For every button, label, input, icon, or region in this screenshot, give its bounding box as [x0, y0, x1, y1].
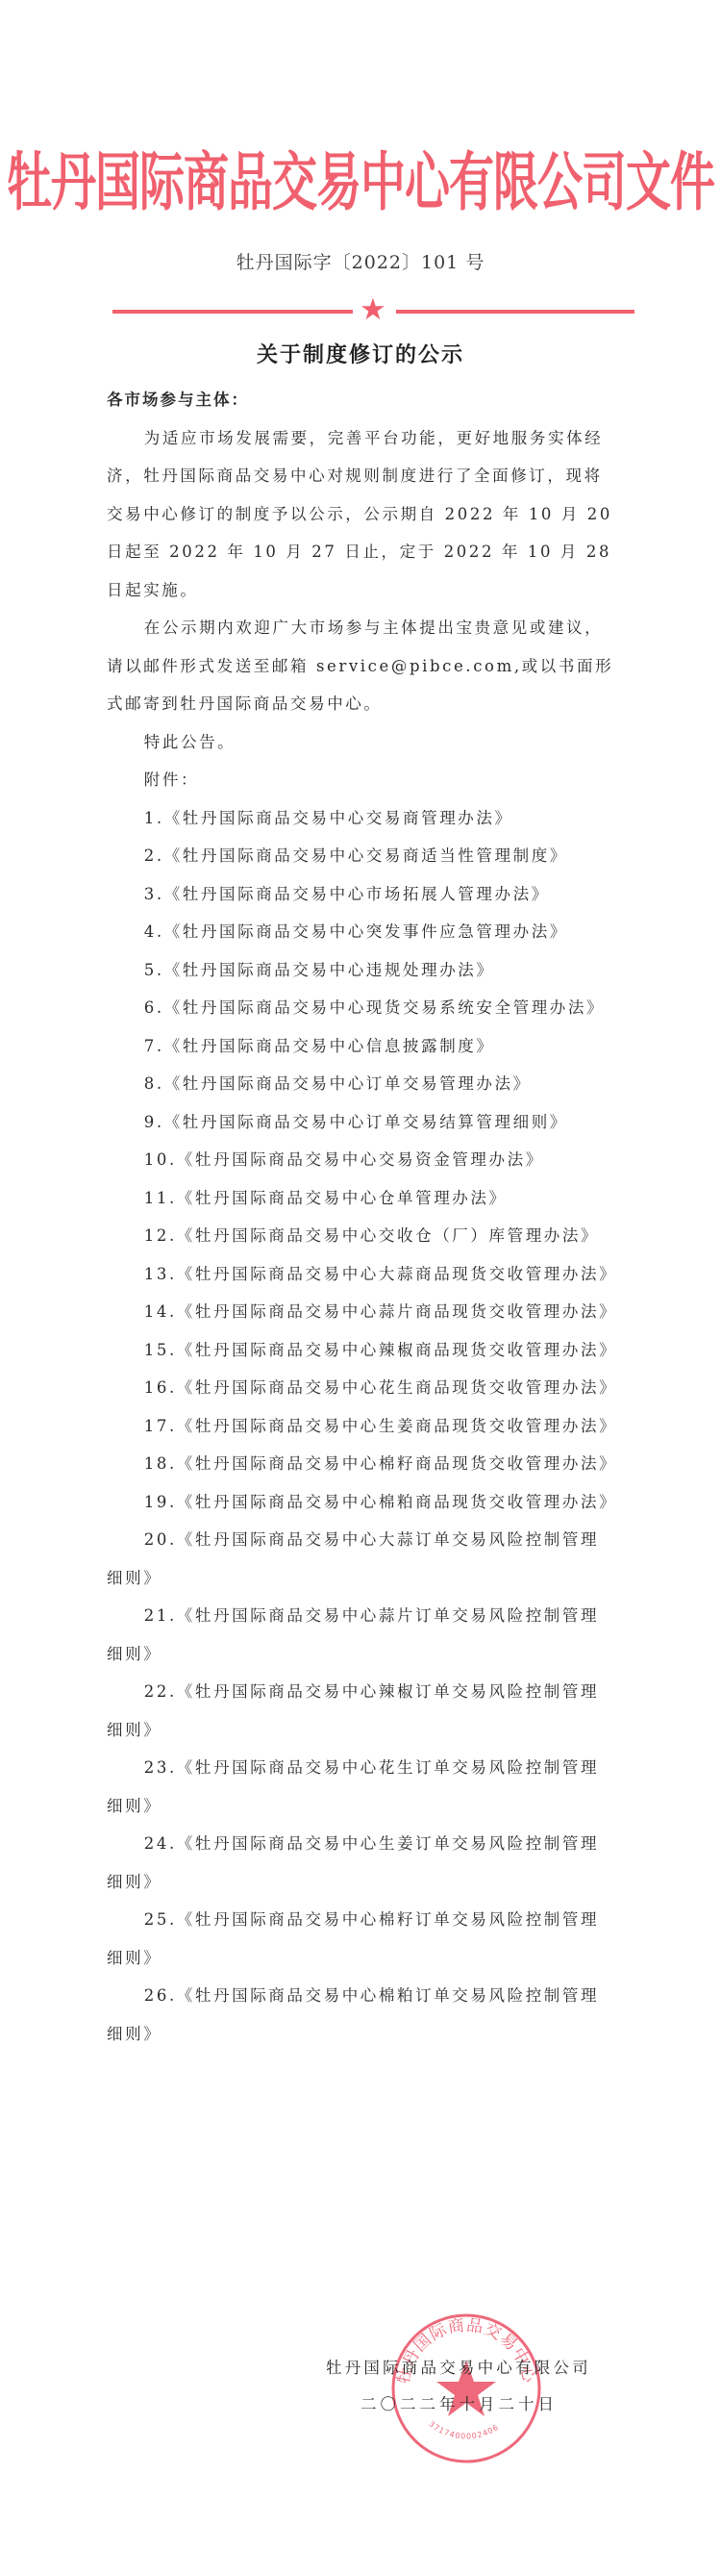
divider-line-left [112, 310, 353, 314]
attachment-item: 24.《牡丹国际商品交易中心生姜订单交易风险控制管理细则》 [107, 1825, 616, 1901]
attachment-item: 23.《牡丹国际商品交易中心花生订单交易风险控制管理细则》 [107, 1749, 616, 1825]
attachment-item: 17.《牡丹国际商品交易中心生姜商品现货交收管理办法》 [107, 1407, 616, 1446]
attachments-label: 附件： [107, 761, 616, 799]
paragraph-2-text: 在公示期内欢迎广大市场参与主体提出宝贵意见或建议，请以邮件形式发送至邮箱 ser… [107, 619, 613, 713]
seal-serial: 3717400002406 [427, 2419, 500, 2440]
paragraph-2: 在公示期内欢迎广大市场参与主体提出宝贵意见或建议，请以邮件形式发送至邮箱 ser… [107, 609, 616, 723]
official-seal-icon: 牡丹国际商品交易中心有限公司 3717400002406 [388, 2311, 544, 2466]
attachment-item: 14.《牡丹国际商品交易中心蒜片商品现货交收管理办法》 [107, 1293, 616, 1331]
attachment-item: 26.《牡丹国际商品交易中心棉粕订单交易风险控制管理细则》 [107, 1977, 616, 2053]
notice-body: 各市场参与主体： 为适应市场发展需要，完善平台功能，更好地服务实体经济，牡丹国际… [107, 381, 616, 2053]
attachment-item: 13.《牡丹国际商品交易中心大蒜商品现货交收管理办法》 [107, 1255, 616, 1294]
attachment-item: 7.《牡丹国际商品交易中心信息披露制度》 [107, 1027, 616, 1066]
attachment-item: 19.《牡丹国际商品交易中心棉粕商品现货交收管理办法》 [107, 1483, 616, 1522]
attachment-item: 5.《牡丹国际商品交易中心违规处理办法》 [107, 951, 616, 990]
paragraph-1: 为适应市场发展需要，完善平台功能，更好地服务实体经济，牡丹国际商品交易中心对规则… [107, 419, 616, 610]
attachments-list: 1.《牡丹国际商品交易中心交易商管理办法》 2.《牡丹国际商品交易中心交易商适当… [107, 799, 616, 2054]
attachment-item: 16.《牡丹国际商品交易中心花生商品现货交收管理办法》 [107, 1369, 616, 1407]
salutation: 各市场参与主体： [107, 381, 616, 419]
attachment-item: 25.《牡丹国际商品交易中心棉籽订单交易风险控制管理细则》 [107, 1901, 616, 1977]
signing-date: 二〇二二年十月二十日 [360, 2391, 558, 2414]
signing-organization: 牡丹国际商品交易中心有限公司 [326, 2355, 591, 2378]
attachment-item: 10.《牡丹国际商品交易中心交易资金管理办法》 [107, 1141, 616, 1179]
attachment-item: 12.《牡丹国际商品交易中心交收仓（厂）库管理办法》 [107, 1217, 616, 1255]
attachment-item: 8.《牡丹国际商品交易中心订单交易管理办法》 [107, 1065, 616, 1103]
attachment-item: 6.《牡丹国际商品交易中心现货交易系统安全管理办法》 [107, 989, 616, 1027]
star-icon: ★ [360, 295, 386, 325]
document-number: 牡丹国际字〔2022〕101 号 [0, 248, 721, 274]
attachment-item: 18.《牡丹国际商品交易中心棉籽商品现货交收管理办法》 [107, 1445, 616, 1483]
attachment-item: 1.《牡丹国际商品交易中心交易商管理办法》 [107, 799, 616, 838]
attachment-item: 15.《牡丹国际商品交易中心辣椒商品现货交收管理办法》 [107, 1331, 616, 1370]
attachment-item: 20.《牡丹国际商品交易中心大蒜订单交易风险控制管理细则》 [107, 1521, 616, 1597]
notice-title: 关于制度修订的公示 [0, 339, 721, 368]
attachment-item: 3.《牡丹国际商品交易中心市场拓展人管理办法》 [107, 875, 616, 914]
attachment-item: 21.《牡丹国际商品交易中心蒜片订单交易风险控制管理细则》 [107, 1597, 616, 1673]
red-header-title: 牡丹国际商品交易中心有限公司文件 [0, 133, 721, 223]
document-page: 牡丹国际商品交易中心有限公司文件 牡丹国际字〔2022〕101 号 ★ 关于制度… [0, 0, 721, 2576]
attachment-item: 2.《牡丹国际商品交易中心交易商适当性管理制度》 [107, 837, 616, 875]
attachment-item: 22.《牡丹国际商品交易中心辣椒订单交易风险控制管理细则》 [107, 1673, 616, 1749]
attachment-item: 9.《牡丹国际商品交易中心订单交易结算管理细则》 [107, 1103, 616, 1142]
red-divider: ★ [112, 301, 634, 324]
attachment-item: 4.《牡丹国际商品交易中心突发事件应急管理办法》 [107, 913, 616, 951]
closing-line: 特此公告。 [107, 723, 616, 762]
svg-text:3717400002406: 3717400002406 [427, 2419, 500, 2440]
divider-line-right [396, 310, 634, 314]
attachment-item: 11.《牡丹国际商品交易中心仓单管理办法》 [107, 1179, 616, 1218]
